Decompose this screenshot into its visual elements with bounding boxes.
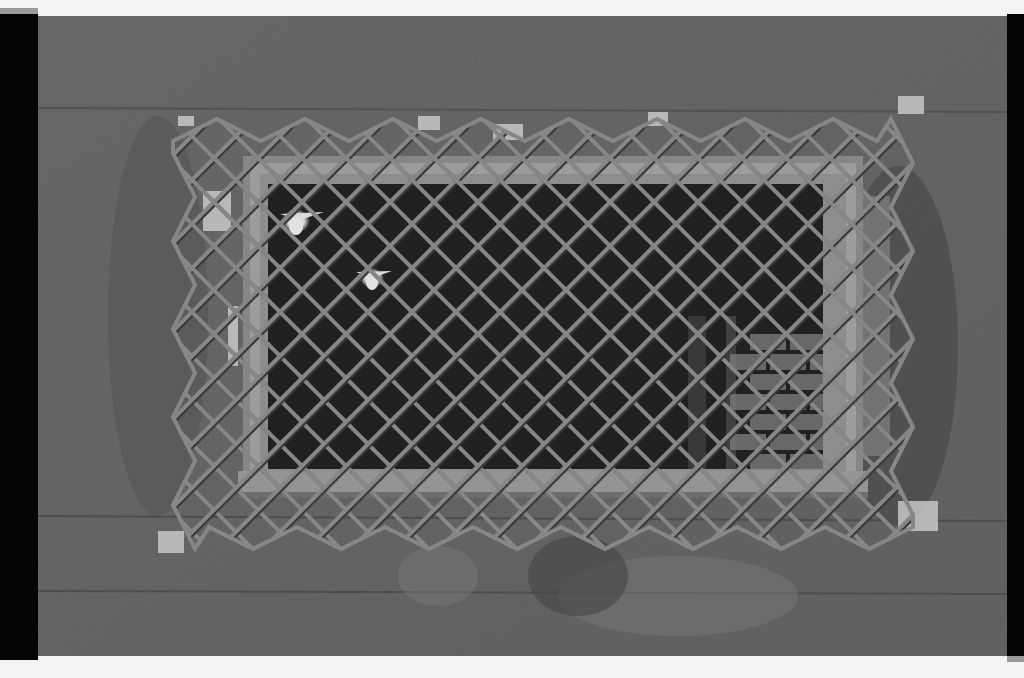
window-scene — [38, 16, 1007, 656]
photograph — [38, 16, 1007, 656]
film-scan-frame — [0, 0, 1024, 678]
film-edge-left — [0, 14, 38, 660]
film-edge-highlight — [1007, 656, 1024, 662]
film-edge-right — [1007, 14, 1024, 656]
